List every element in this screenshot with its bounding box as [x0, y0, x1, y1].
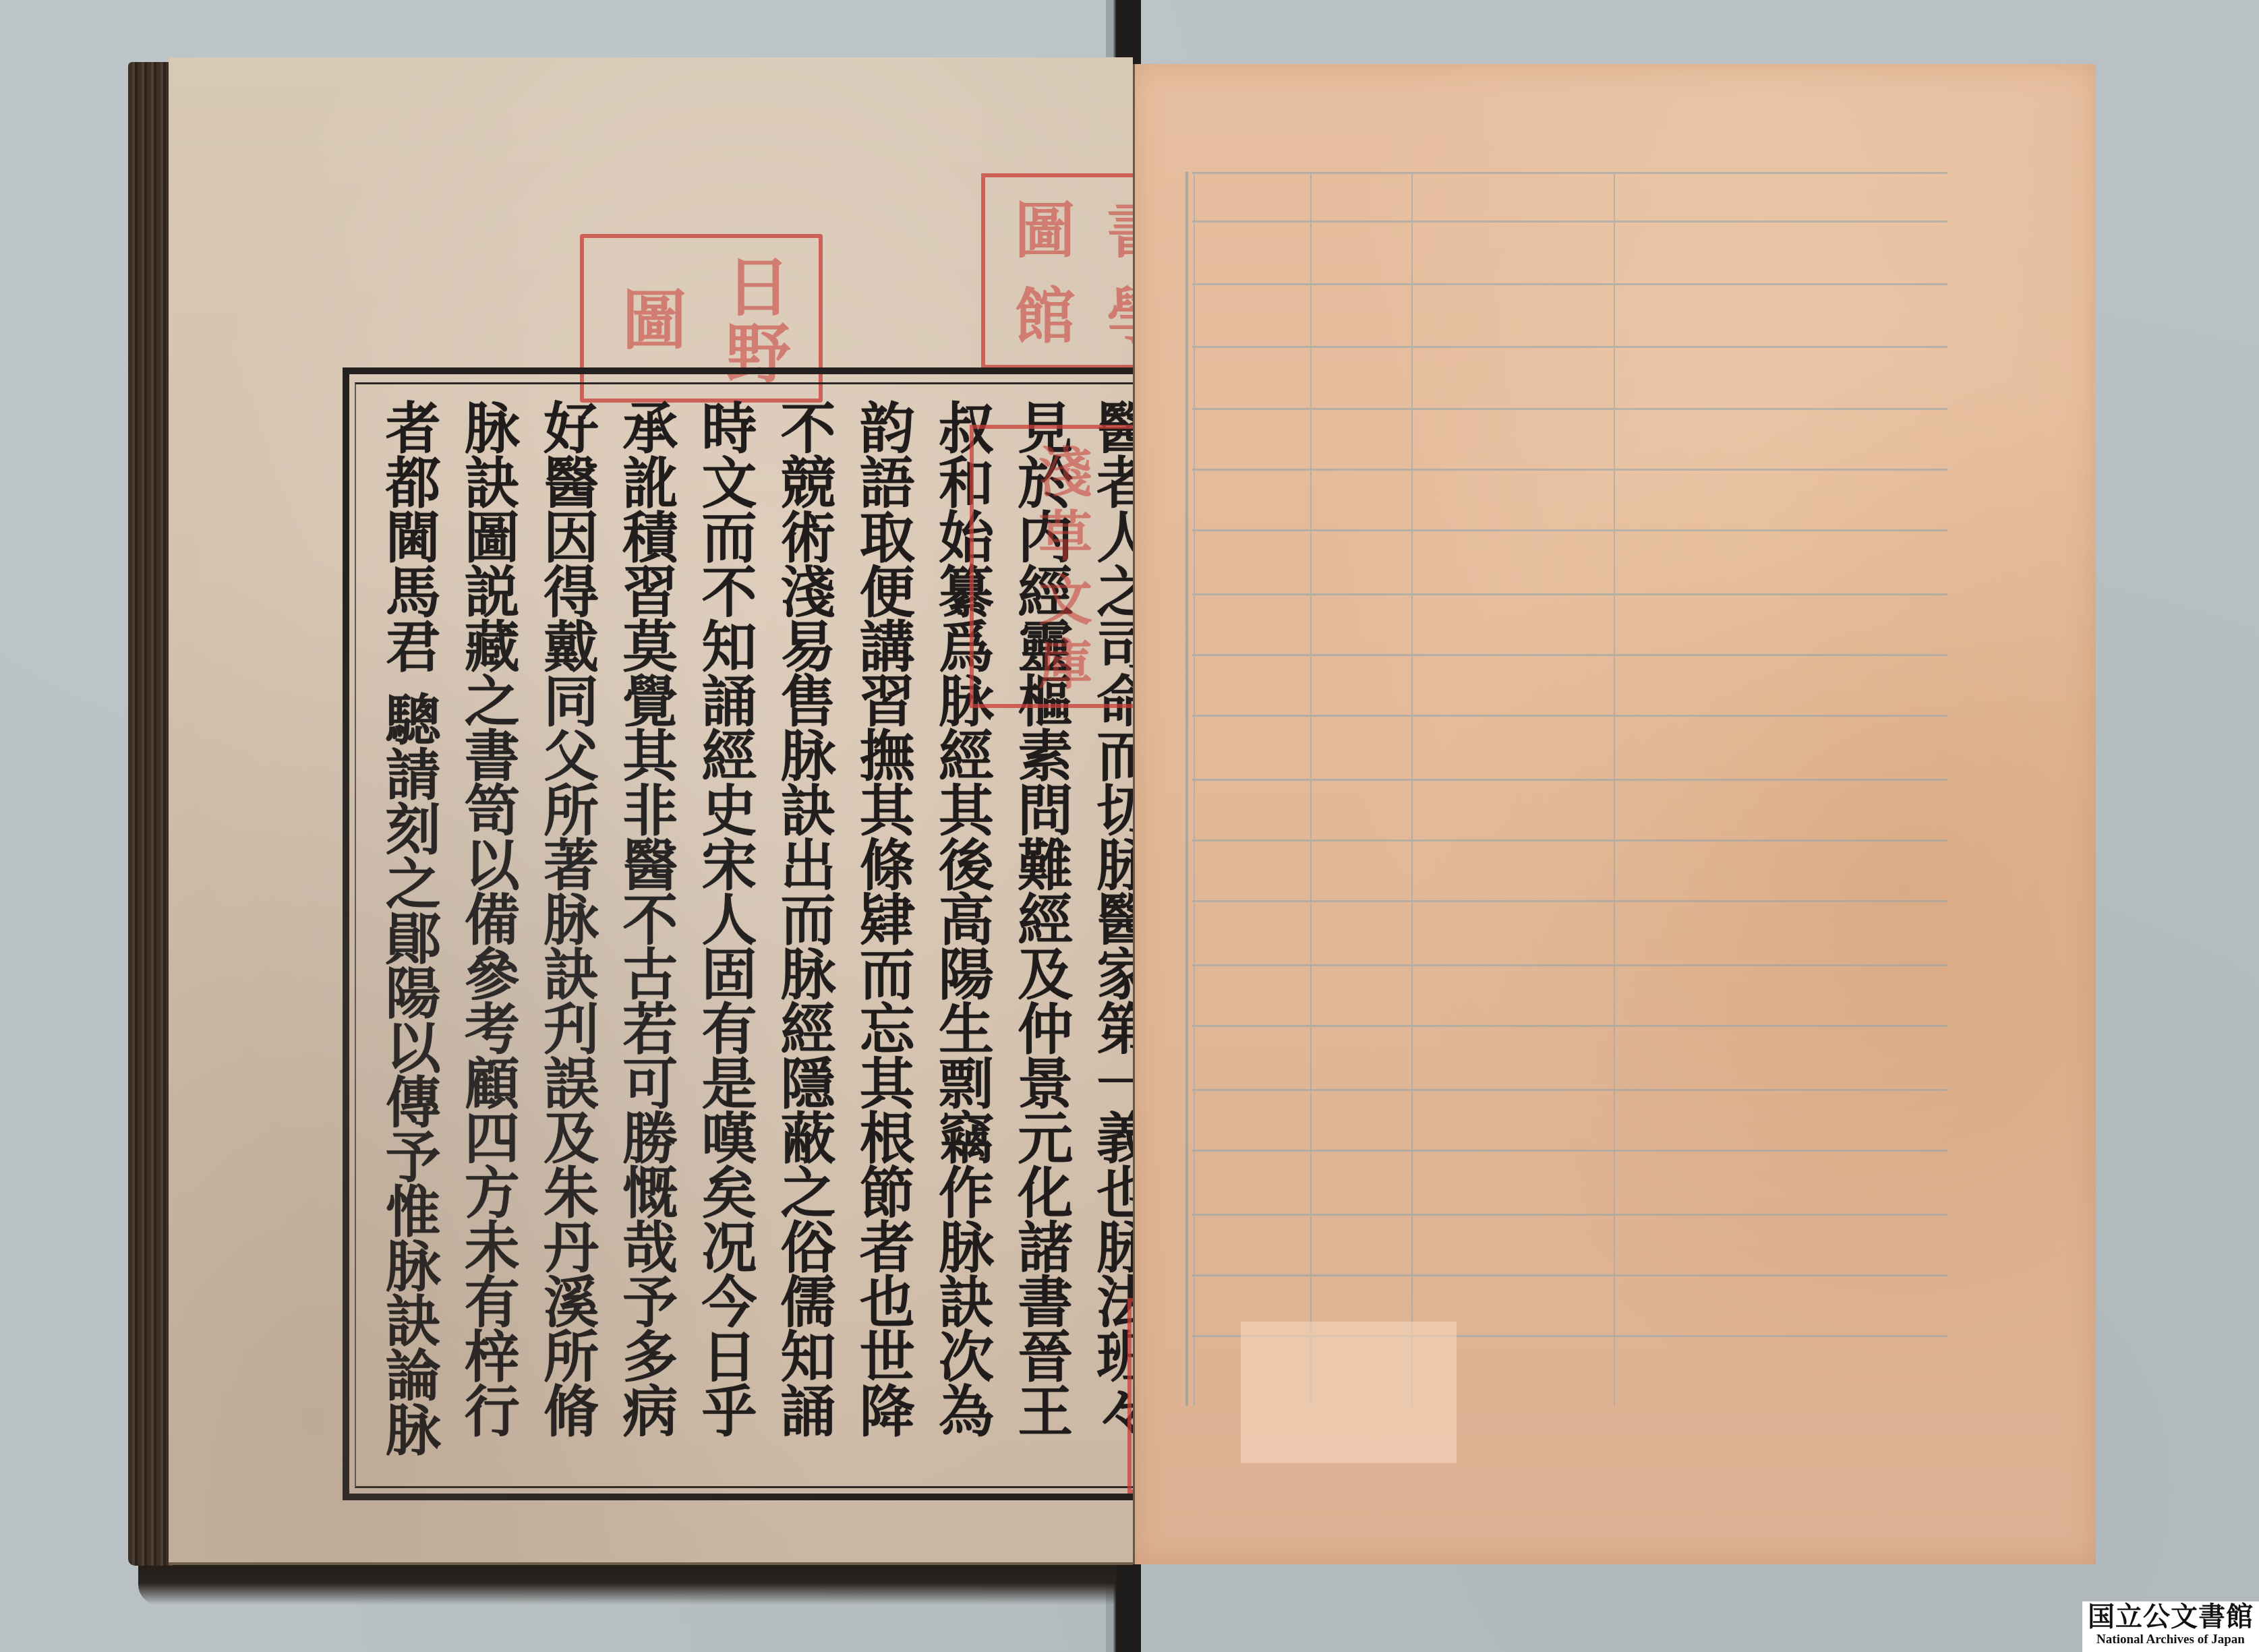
- paper-repair-patch: [1241, 1322, 1457, 1463]
- text-column-9: 好醫因得戴同父所著脉訣刋誤及朱丹溪所脩: [527, 399, 606, 1477]
- ledger-row-line: [1192, 964, 1947, 966]
- ledger-row-line: [1192, 346, 1947, 348]
- archive-name-jp: 国立公文書館: [2082, 1601, 2259, 1632]
- ledger-row-line: [1192, 469, 1947, 471]
- ledger-row-line: [1192, 654, 1947, 656]
- seal-middle: 淺 草 文 庫: [970, 425, 1152, 708]
- ledger-row-line: [1192, 1214, 1947, 1216]
- ledger-row-line: [1192, 220, 1947, 223]
- ledger-row-line: [1192, 839, 1947, 842]
- seal-char: 圖: [1006, 198, 1074, 259]
- ledger-row-line: [1192, 1025, 1947, 1027]
- ledger-row-line: [1192, 1089, 1947, 1091]
- ledger-row-line: [1192, 593, 1947, 595]
- ledger-row-line: [1192, 1150, 1947, 1152]
- text-column-8: 承訛積習莫覺其非醫不古若可勝慨哉予多病: [607, 399, 686, 1477]
- ledger-column-line: [1614, 172, 1615, 1406]
- archive-name-en: National Archives of Japan: [2082, 1632, 2259, 1647]
- ledger-column-line: [1411, 172, 1413, 1406]
- text-column-7: 時文而不知誦經史宋人固有是嘆矣况今日乎: [686, 399, 765, 1477]
- seal-char: 庫: [1029, 636, 1093, 690]
- ledger-row-line: [1192, 283, 1947, 285]
- ledger-column-line: [1310, 172, 1312, 1406]
- left-page: 日 野 圖 書 學 圖 館 刋戴教授脉訣刋誤朱丹溪脉訣圖説序 醫者人之司命而切脉…: [169, 57, 1133, 1565]
- show-through-ledger: [1185, 172, 1947, 1406]
- seal-char: 文: [1029, 572, 1093, 626]
- seal-char: 草: [1029, 508, 1093, 562]
- text-column-5: 韵語取便講習撫其條肄而忘其根節者也世降: [844, 399, 922, 1477]
- seal-char: 淺: [1029, 444, 1093, 498]
- seal-char: 日: [716, 253, 790, 318]
- ledger-row-line: [1192, 779, 1947, 781]
- text-column-10: 脉訣圖説藏之書笥以備參考顧四方未有梓行: [448, 399, 527, 1477]
- ledger-margin-line: [1185, 172, 1195, 1406]
- text-column-11: 者都閫馬君 驄請刻之鄖陽以傳予惟脉訣論脉: [370, 399, 448, 1477]
- text-column-6: 不競術淺易售脉訣出而脉經隱蔽之俗儒知誦: [765, 399, 844, 1477]
- binding-gutter-top: [1106, 0, 1141, 64]
- ledger-row-line: [1192, 408, 1947, 410]
- ledger-row-line: [1192, 172, 1947, 174]
- seal-char: 圖: [612, 286, 686, 351]
- archive-watermark-logo: 国立公文書館 National Archives of Japan: [2082, 1601, 2259, 1652]
- ledger-row-line: [1192, 715, 1947, 717]
- ledger-row-line: [1192, 900, 1947, 902]
- ledger-row-line: [1192, 1274, 1947, 1276]
- ledger-row-line: [1192, 529, 1947, 531]
- seal-char: 館: [1006, 284, 1074, 345]
